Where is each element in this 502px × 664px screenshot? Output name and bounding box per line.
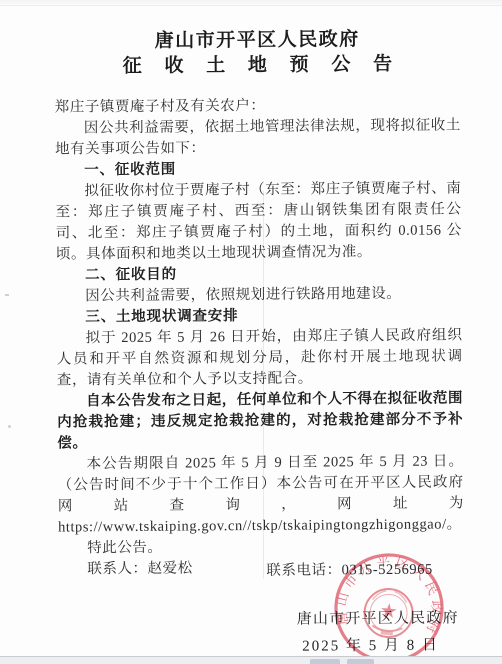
signature-block: 唐山市开平区人民政府 2025 年 5 月 8 日 [59,605,465,662]
viewer-button-fragment-left[interactable] [310,659,340,664]
notice-title: 征 收 土 地 预 公 告 [54,51,460,80]
contact-row: 联系人：赵爱松 联系电话：0315-5256965 [58,556,464,580]
section-3-body: 拟于 2025 年 5 月 26 日开始，由郑庄子镇人民政府组织人员和开平自然资… [56,325,462,391]
viewer-bottom-bar [0,656,502,664]
warning-paragraph: 自本公告发布之日起，任何单位和个人不得在拟征收范围内抢栽抢建；违反规定抢栽抢建的… [57,388,463,454]
scan-noise-speck [8,425,11,428]
intro-paragraph: 因公共利益需要，依据土地管理法律法规，现将拟征收土地有关事项公告如下： [55,115,461,160]
scan-fold-line [263,191,264,579]
viewer-button-fragment-right[interactable] [347,659,374,664]
contact-phone: 联系电话：0315-5256965 [266,560,433,582]
signature-org: 唐山市开平区人民政府 [59,605,465,635]
scan-noise-speck [5,294,9,296]
notice-content: 唐山市开平区人民政府 征 收 土 地 预 公 告 郑庄子镇贾庵子村及有关农户： … [0,4,502,663]
contact-person: 联系人：赵爱松 [87,560,192,577]
validity-paragraph: 本公告期限自 2025 年 5 月 9 日至 2025 年 5 月 23 日。（… [57,451,464,538]
section-1-body: 拟征收你村位于贾庵子村（东至：郑庄子镇贾庵子村、南至：郑庄子镇贾庵子村、西至：唐… [55,178,462,265]
notice-page: 唐山市开平区人民政府 征 收 土 地 预 公 告 郑庄子镇贾庵子村及有关农户： … [0,6,502,656]
issuer-title: 唐山市开平区人民政府 [54,27,460,54]
